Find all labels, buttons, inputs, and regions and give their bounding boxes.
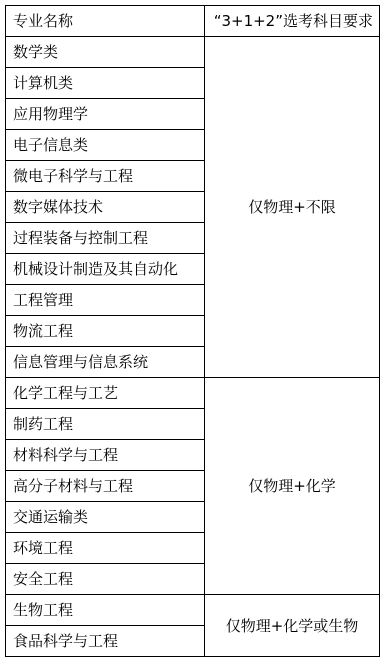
subject-requirement-cell: 仅物理+化学: [205, 378, 380, 595]
major-name-cell: 环境工程: [6, 533, 205, 564]
table-row: 生物工程仅物理+化学或生物: [6, 595, 380, 626]
table-row: 数学类仅物理+不限: [6, 37, 380, 68]
major-name-cell: 机械设计制造及其自动化: [6, 254, 205, 285]
major-name-cell: 数字媒体技术: [6, 192, 205, 223]
subject-requirement-cell: 仅物理+化学或生物: [205, 595, 380, 657]
major-name-cell: 高分子材料与工程: [6, 471, 205, 502]
major-name-cell: 交通运输类: [6, 502, 205, 533]
major-name-cell: 工程管理: [6, 285, 205, 316]
table-body: 专业名称 “3+1+2”选考科目要求 数学类仅物理+不限计算机类应用物理学电子信…: [6, 6, 380, 657]
major-name-cell: 物流工程: [6, 316, 205, 347]
major-name-cell: 制药工程: [6, 409, 205, 440]
major-name-cell: 电子信息类: [6, 130, 205, 161]
major-name-cell: 应用物理学: [6, 99, 205, 130]
major-name-cell: 材料科学与工程: [6, 440, 205, 471]
major-name-cell: 食品科学与工程: [6, 626, 205, 657]
header-major-name: 专业名称: [6, 6, 205, 37]
major-name-cell: 计算机类: [6, 68, 205, 99]
subject-requirement-cell: 仅物理+不限: [205, 37, 380, 378]
major-name-cell: 数学类: [6, 37, 205, 68]
major-name-cell: 化学工程与工艺: [6, 378, 205, 409]
major-name-cell: 信息管理与信息系统: [6, 347, 205, 378]
header-subject-requirement: “3+1+2”选考科目要求: [205, 6, 380, 37]
major-name-cell: 微电子科学与工程: [6, 161, 205, 192]
major-name-cell: 过程装备与控制工程: [6, 223, 205, 254]
subject-requirement-table: 专业名称 “3+1+2”选考科目要求 数学类仅物理+不限计算机类应用物理学电子信…: [5, 5, 380, 657]
major-name-cell: 生物工程: [6, 595, 205, 626]
major-name-cell: 安全工程: [6, 564, 205, 595]
table-row: 化学工程与工艺仅物理+化学: [6, 378, 380, 409]
header-row: 专业名称 “3+1+2”选考科目要求: [6, 6, 380, 37]
